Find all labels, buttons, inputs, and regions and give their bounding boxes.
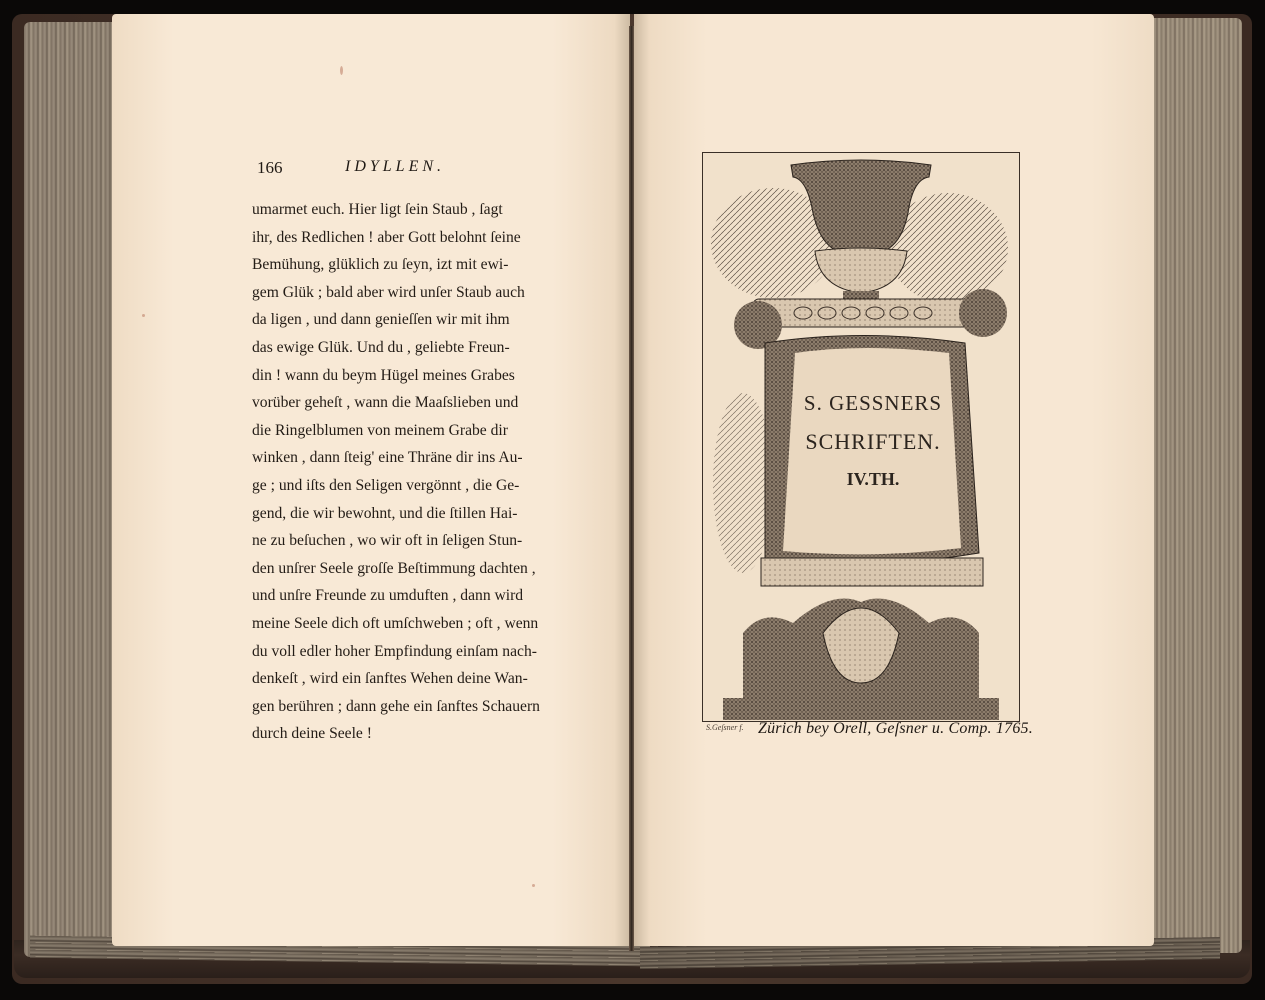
foxing-spot [340,66,343,75]
plate-title-line-2: SCHRIFTEN. [773,429,973,455]
text-line: umarmet euch. Hier ligt ſein Staub , ſag… [252,196,570,224]
text-line: ne zu beſuchen , wo wir oft in ſeligen S… [252,527,570,555]
book-gutter [629,26,634,951]
text-line: die Ringelblumen von meinem Grabe dir [252,417,570,445]
foxing-spot [142,314,145,317]
running-title: IDYLLEN. [345,158,445,176]
urn-bowl [815,248,907,293]
text-line: vorüber geheſt , wann die Maaſslieben un… [252,389,570,417]
text-line: gem Glük ; bald aber wird unſer Staub au… [252,279,570,307]
page-edges-right [1152,18,1242,953]
text-line: denkeſt , wird ein ſanftes Wehen deine W… [252,665,570,693]
page-number: 166 [257,158,283,178]
urn-foot [843,291,879,299]
ram-head-right [959,289,1007,337]
running-head: 166 IDYLLEN. [257,158,577,180]
text-line: durch deine Seele ! [252,720,570,748]
plate-title-line-3: IV.TH. [773,469,973,490]
text-line: ge ; und iſts den Seligen vergönnt , die… [252,472,570,500]
text-line: und unſre Freunde zu umduften , dann wir… [252,582,570,610]
pedestal-base [761,558,983,586]
plinth [723,698,999,720]
artist-signature: S.Geſsner f. [706,723,744,732]
text-line: gend, die wir bewohnt, und die ſtillen H… [252,500,570,528]
text-line: du voll edler hoher Empfindung einſam na… [252,638,570,666]
text-line: da ligen , und dann genieſſen wir mit ih… [252,306,570,334]
pedestal-cornice [753,299,973,327]
text-line: ihr, des Redlichen ! aber Gott belohnt ſ… [252,224,570,252]
text-line: den unſrer Seele groſſe Beſtimmung dacht… [252,555,570,583]
foxing-spot [532,884,535,887]
body-text: umarmet euch. Hier ligt ſein Staub , ſag… [252,196,570,748]
publisher-imprint: Zürich bey Orell, Geſsner u. Comp. 1765. [758,720,1033,738]
text-line: Bemühung, glüklich zu ſeyn, izt mit ewi- [252,251,570,279]
text-line: winken , dann ſteig' eine Thräne dir ins… [252,444,570,472]
text-line: gen berühren ; dann gehe ein ſanftes Sch… [252,693,570,721]
plate-title-line-1: S. GESSNERS [773,391,973,416]
text-line: din ! wann du beym Hügel meines Grabes [252,362,570,390]
text-line: meine Seele dich oft umſchweben ; oft , … [252,610,570,638]
page-edges-left [24,22,116,957]
text-line: das ewige Glük. Und du , geliebte Freun- [252,334,570,362]
foliage-lower-left [713,393,773,573]
engraved-title-plate: S. GESSNERS SCHRIFTEN. IV.TH. [702,152,1020,722]
